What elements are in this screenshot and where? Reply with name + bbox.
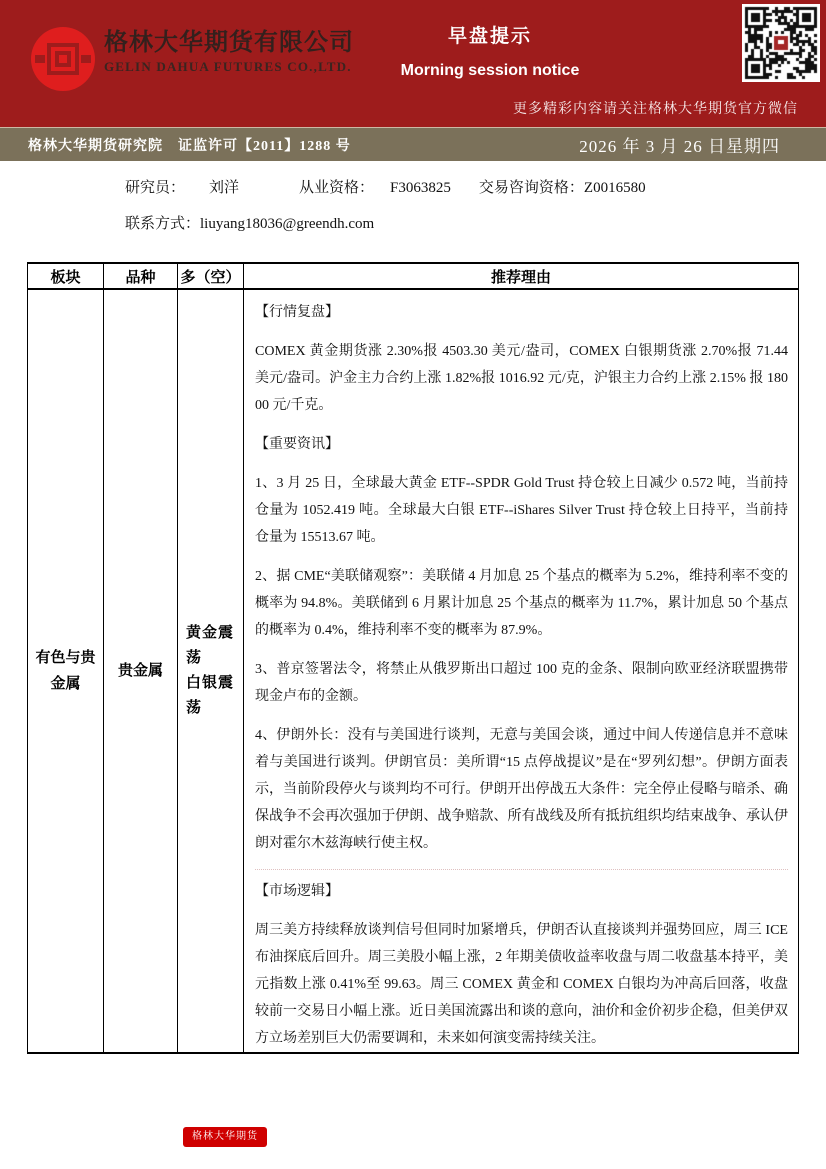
position-lines: 黄金震荡白银震荡	[178, 290, 243, 1052]
qualification-label: 从业资格：	[299, 180, 374, 196]
researcher-label: 研究员：	[125, 180, 185, 196]
contact-line: 联系方式：liuyang18036@greendh.com	[125, 212, 646, 233]
title-cn: 早盘提示	[340, 24, 640, 50]
company-name-cn: 格林大华期货有限公司	[104, 28, 354, 58]
section-paragraph: 周三美方持续释放谈判信号但同时加紧增兵，伊朗否认直接谈判并强势回应，周三 ICE…	[255, 917, 788, 1052]
variety-cell: 贵金属	[103, 290, 177, 1052]
brand-block: 格林大华期货有限公司 GELIN DAHUA FUTURES CO.,LTD.	[104, 28, 354, 76]
section-heading: 【行情复盘】	[255, 299, 788, 326]
researcher-name: 刘洋	[209, 180, 239, 196]
company-name-en: GELIN DAHUA FUTURES CO.,LTD.	[104, 58, 354, 76]
section-paragraph: 2、据 CME“美联储观察”：美联储 4 月加息 25 个基点的概率为 5.2%…	[255, 563, 788, 644]
header-variety: 品种	[103, 264, 177, 288]
position-cell: 黄金震荡白银震荡	[177, 290, 243, 1052]
section-paragraph: 4、伊朗外长：没有与美国进行谈判，无意与美国会谈，通过中间人传递信息并不意味着与…	[255, 722, 788, 857]
position-value: 黄金震荡	[186, 621, 234, 671]
section-paragraph: 3、普京签署法令，将禁止从俄罗斯出口超过 100 克的金条、限制向欧亚经济联盟携…	[255, 656, 788, 710]
document-page: 格林大华期货有限公司 GELIN DAHUA FUTURES CO.,LTD. …	[0, 0, 826, 1169]
qualification-number: F3063825	[390, 180, 451, 196]
report-date: 2026 年 3 月 26 日星期四	[579, 132, 780, 157]
researcher-line: 研究员：刘洋从业资格：F3063825交易咨询资格：Z0016580	[125, 176, 646, 197]
researcher-block: 研究员：刘洋从业资格：F3063825交易咨询资格：Z0016580 联系方式：…	[125, 176, 646, 248]
reason-section: 【行情复盘】COMEX 黄金期货涨 2.30%报 4503.30 美元/盎司，C…	[255, 299, 788, 419]
section-paragraph: COMEX 黄金期货涨 2.30%报 4503.30 美元/盎司，COMEX 白…	[255, 338, 788, 419]
recommendation-table: 板块 品种 多（空） 推荐理由 有色与贵金属 贵金属 黄金震荡白银震荡 【行情复…	[27, 262, 799, 1054]
table-header-row: 板块 品种 多（空） 推荐理由	[27, 264, 799, 290]
contact-label: 联系方式：	[125, 216, 200, 232]
table-row: 有色与贵金属 贵金属 黄金震荡白银震荡 【行情复盘】COMEX 黄金期货涨 2.…	[27, 290, 799, 1052]
header-reason: 推荐理由	[243, 264, 799, 288]
section-heading: 【重要资讯】	[255, 431, 788, 458]
advisory-number: Z0016580	[584, 180, 646, 196]
masthead-title: 早盘提示 Morning session notice	[340, 24, 640, 80]
header-position: 多（空）	[177, 264, 243, 288]
institute-license: 格林大华期货研究院 证监许可【2011】1288 号	[28, 135, 351, 155]
header-sector: 板块	[27, 264, 103, 288]
qr-code	[742, 4, 820, 82]
sector-cell: 有色与贵金属	[27, 290, 103, 1052]
title-en: Morning session notice	[340, 62, 640, 80]
section-heading: 【市场逻辑】	[255, 878, 788, 905]
sector-value: 有色与贵金属	[34, 645, 98, 697]
wechat-note: 更多精彩内容请关注格林大华期货官方微信	[513, 98, 798, 118]
masthead: 格林大华期货有限公司 GELIN DAHUA FUTURES CO.,LTD. …	[0, 0, 826, 127]
company-logo-icon	[30, 26, 96, 92]
advisory-label: 交易咨询资格：	[479, 180, 584, 196]
reason-section: 【重要资讯】1、3 月 25 日，全球最大黄金 ETF--SPDR Gold T…	[255, 431, 788, 857]
contact-email: liuyang18036@greendh.com	[200, 216, 374, 232]
section-paragraph: 1、3 月 25 日，全球最大黄金 ETF--SPDR Gold Trust 持…	[255, 470, 788, 551]
position-value: 白银震荡	[186, 671, 234, 721]
subbar: 格林大华期货研究院 证监许可【2011】1288 号 2026 年 3 月 26…	[0, 127, 826, 161]
reasons-cell: 【行情复盘】COMEX 黄金期货涨 2.30%报 4503.30 美元/盎司，C…	[243, 290, 799, 1052]
footer-brand-badge: 格林大华期货	[183, 1127, 267, 1147]
reason-section: 【市场逻辑】周三美方持续释放谈判信号但同时加紧增兵，伊朗否认直接谈判并强势回应，…	[255, 869, 788, 1052]
